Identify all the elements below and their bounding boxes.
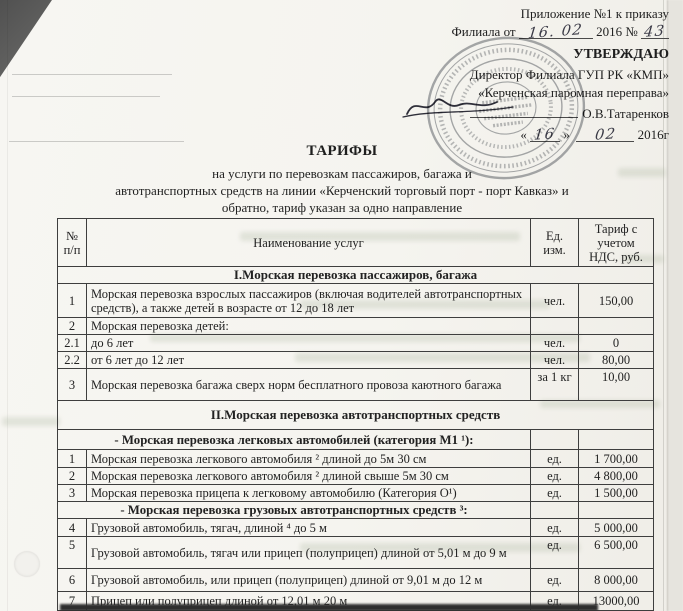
hole-punch — [14, 551, 40, 577]
service-name: Морская перевозка легкового автомобиля ²… — [87, 450, 531, 468]
col-header-tariff: Тариф с учетом НДС, руб. — [579, 219, 654, 267]
title-line1: на услуги по перевозкам пассажиров, бага… — [40, 165, 644, 182]
tariff-table: № п/п Наименование услуг Ед. изм. Тариф … — [57, 218, 654, 611]
table-row: 2.1 до 6 лет чел. 0 — [58, 335, 654, 352]
service-name: от 6 лет до 12 лет — [87, 352, 531, 369]
handwritten-order-no: 43 — [644, 25, 667, 39]
table-row: 4 Грузовой автомобиль, тягач, длиной ⁴ д… — [58, 519, 654, 537]
service-name: Морская перевозка детей: — [87, 318, 531, 335]
service-name: Морская перевозка легкового автомобиля ²… — [87, 468, 531, 485]
bleed-line — [12, 96, 160, 97]
service-name: Грузовой автомобиль, тягач, длиной ⁴ до … — [87, 519, 531, 537]
price: 1 500,00 — [579, 485, 654, 502]
row-num: 2.2 — [58, 352, 87, 369]
table-row: 3 Морская перевозка багажа сверх норм бе… — [58, 369, 654, 401]
row-num: 3 — [58, 485, 87, 502]
unit: чел. — [531, 284, 579, 318]
row-num: 6 — [58, 569, 87, 592]
year-no-label: 2016 № — [596, 24, 638, 39]
section-title: II.Морская перевозка автотранспортных ср… — [58, 401, 654, 430]
branch-order-line: Филиала от 16. 02 2016 № 43 — [229, 24, 669, 40]
price: 4 800,00 — [579, 468, 654, 485]
row-num: 2 — [58, 468, 87, 485]
bleed-smudge — [2, 417, 60, 426]
appendix-line: Приложение №1 к приказу — [229, 6, 669, 22]
section-title: I.Морская перевозка пассажиров, багажа — [58, 267, 654, 284]
date-year: 2016г — [638, 127, 669, 142]
empty-cell — [531, 502, 579, 519]
row-num: 1 — [58, 450, 87, 468]
row-num: 1 — [58, 284, 87, 318]
cut-off-next-row — [60, 604, 598, 611]
service-name: Грузовой автомобиль, или прицеп (полупри… — [87, 569, 531, 592]
table-row: 6 Грузовой автомобиль, или прицеп (полуп… — [58, 569, 654, 592]
table-row: 3 Морская перевозка прицепа к легковому … — [58, 485, 654, 502]
subsection-row: - Морская перевозка легковых автомобилей… — [58, 430, 654, 450]
unit: ед. — [531, 468, 579, 485]
table-row: 2.2 от 6 лет до 12 лет чел. 80,00 — [58, 352, 654, 369]
price: 150,00 — [579, 284, 654, 318]
price: 5 000,00 — [579, 519, 654, 537]
bleed-line — [9, 141, 184, 142]
price: 80,00 — [579, 352, 654, 369]
scanned-tariff-document: { "header": { "appendix_line": "Приложен… — [0, 0, 683, 611]
unit: за 1 кг — [531, 369, 579, 401]
row-num: 5 — [58, 537, 87, 569]
empty-cell — [579, 430, 654, 450]
price: 1 700,00 — [579, 450, 654, 468]
section-row: I.Морская перевозка пассажиров, багажа — [58, 267, 654, 284]
unit: ед. — [531, 519, 579, 537]
service-name: Морская перевозка взрослых пассажиров (в… — [87, 284, 531, 318]
col-header-unit: Ед. изм. — [531, 219, 579, 267]
table-row: 5 Грузовой автомобиль, тягач или прицеп … — [58, 537, 654, 569]
unit — [531, 318, 579, 335]
table-row: 1 Морская перевозка легкового автомобиля… — [58, 450, 654, 468]
title-main: ТАРИФЫ — [40, 143, 644, 160]
empty-cell — [531, 430, 579, 450]
handwritten-month: 02 — [594, 128, 617, 142]
table-row: 2 Морская перевозка легкового автомобиля… — [58, 468, 654, 485]
table-header-row: № п/п Наименование услуг Ед. изм. Тариф … — [58, 219, 654, 267]
left-edge-shadow — [7, 0, 8, 611]
col-header-num: № п/п — [58, 219, 87, 267]
service-name: Морская перевозка багажа сверх норм бесп… — [87, 369, 531, 401]
subsection-title: - Морская перевозка грузовых автотранспо… — [58, 502, 531, 519]
bleed-line — [12, 74, 172, 75]
title-line3: обратно, тариф указан за одно направлени… — [40, 199, 644, 216]
unit: чел. — [531, 335, 579, 352]
table-row: 1 Морская перевозка взрослых пассажиров … — [58, 284, 654, 318]
price: 8 000,00 — [579, 569, 654, 592]
row-num: 3 — [58, 369, 87, 401]
row-num: 2 — [58, 318, 87, 335]
page-right-edge — [667, 0, 683, 611]
col-header-service: Наименование услуг — [87, 219, 531, 267]
table-row: 2 Морская перевозка детей: — [58, 318, 654, 335]
empty-cell — [579, 502, 654, 519]
unit: ед. — [531, 569, 579, 592]
document-title-block: ТАРИФЫ на услуги по перевозкам пассажиро… — [40, 143, 644, 216]
service-name: Грузовой автомобиль, тягач или прицеп (п… — [87, 537, 531, 569]
unit: чел. — [531, 352, 579, 369]
price: 10,00 — [579, 369, 654, 401]
price — [579, 318, 654, 335]
order-no-blank: 43 — [641, 24, 669, 39]
row-num: 2.1 — [58, 335, 87, 352]
unit: ед. — [531, 537, 579, 569]
service-name: до 6 лет — [87, 335, 531, 352]
subsection-row: - Морская перевозка грузовых автотранспо… — [58, 502, 654, 519]
row-num: 4 — [58, 519, 87, 537]
unit: ед. — [531, 450, 579, 468]
title-line2: автотранспортных средств на линии «Керче… — [40, 182, 644, 199]
price: 6 500,00 — [579, 537, 654, 569]
section-row: II.Морская перевозка автотранспортных ср… — [58, 401, 654, 430]
unit: ед. — [531, 485, 579, 502]
price: 0 — [579, 335, 654, 352]
subsection-title: - Морская перевозка легковых автомобилей… — [58, 430, 531, 450]
signer-name: О.В.Татаренков — [582, 106, 669, 121]
service-name: Морская перевозка прицепа к легковому ав… — [87, 485, 531, 502]
